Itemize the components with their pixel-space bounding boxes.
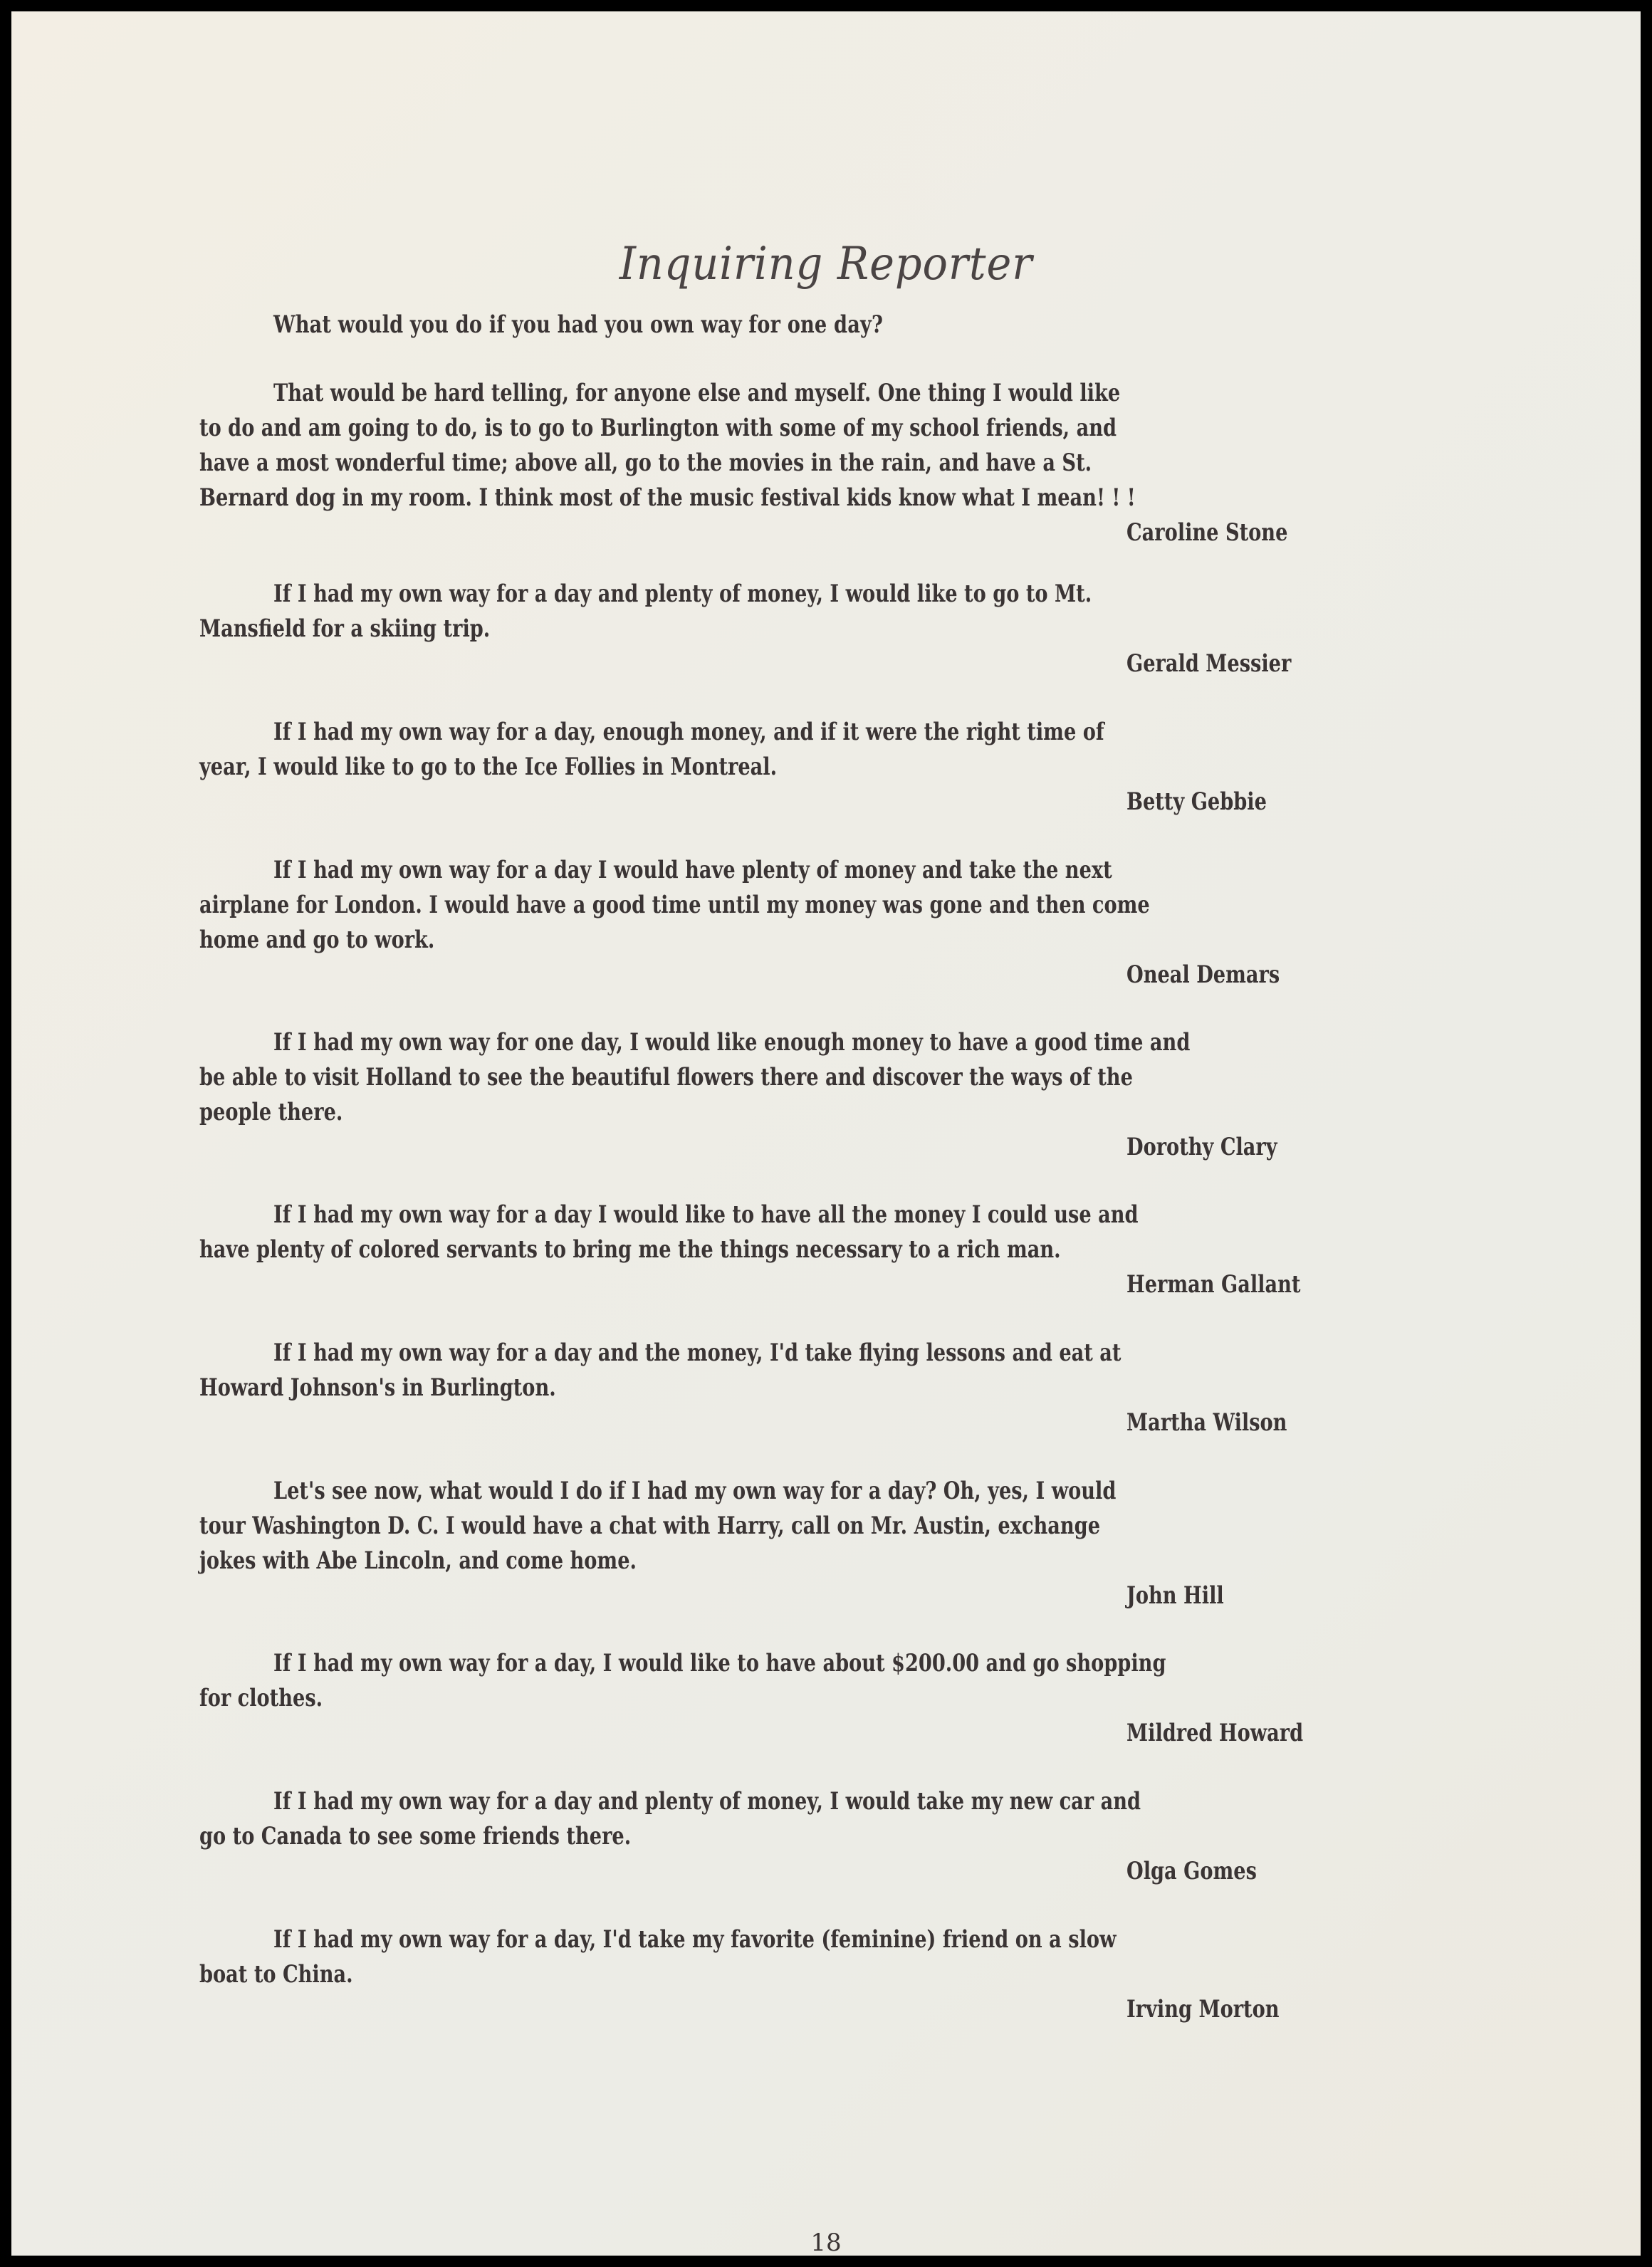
response-line: airplane for London. I would have a good…	[199, 888, 1150, 923]
response-line: If I had my own way for one day, I would…	[273, 1025, 1190, 1060]
response-author: Mildred Howard	[1126, 1716, 1303, 1751]
response-author: Dorothy Clary	[1126, 1130, 1277, 1165]
response-line: tour Washington D. C. I would have a cha…	[199, 1509, 1100, 1544]
response-line: year, I would like to go to the Ice Foll…	[199, 750, 777, 785]
document-page: Inquiring Reporter What would you do if …	[11, 11, 1641, 2256]
response-line: If I had my own way for a day and the mo…	[273, 1336, 1121, 1371]
response-line: Let's see now, what would I do if I had …	[273, 1474, 1116, 1509]
response-line: Mansfield for a skiing trip.	[199, 612, 490, 646]
response-line: If I had my own way for a day I would li…	[273, 1198, 1139, 1232]
response-line: people there.	[199, 1095, 343, 1130]
response-author: Gerald Messier	[1126, 646, 1291, 681]
response-author: Irving Morton	[1126, 1992, 1280, 2027]
page-number: 18	[11, 2229, 1641, 2257]
response-line: Bernard dog in my room. I think most of …	[199, 481, 1136, 515]
response-line: have a most wonderful time; above all, g…	[199, 446, 1092, 481]
page-title: Inquiring Reporter	[77, 238, 1576, 290]
response-line: to do and am going to do, is to go to Bu…	[199, 411, 1117, 446]
response-line: go to Canada to see some friends there.	[199, 1819, 631, 1854]
response-line: boat to China.	[199, 1957, 353, 1992]
response-line: That would be hard telling, for anyone e…	[273, 376, 1120, 411]
response-line: Howard Johnson's in Burlington.	[199, 1371, 556, 1405]
response-line: If I had my own way for a day and plenty…	[273, 1784, 1141, 1819]
response-author: Betty Gebbie	[1126, 785, 1267, 820]
response-line: have plenty of colored servants to bring…	[199, 1232, 1061, 1267]
response-line: for clothes.	[199, 1681, 323, 1716]
response-line: If I had my own way for a day, I would l…	[273, 1646, 1166, 1681]
response-line: jokes with Abe Lincoln, and come home.	[199, 1544, 637, 1578]
response-line: be able to visit Holland to see the beau…	[199, 1060, 1133, 1095]
response-author: Martha Wilson	[1126, 1405, 1287, 1440]
response-author: Olga Gomes	[1126, 1854, 1257, 1889]
response-author: Caroline Stone	[1126, 515, 1287, 550]
response-line: If I had my own way for a day, enough mo…	[273, 715, 1104, 750]
response-line: home and go to work.	[199, 923, 434, 958]
response-author: John Hill	[1126, 1578, 1224, 1613]
response-author: Oneal Demars	[1126, 958, 1280, 993]
response-line: If I had my own way for a day, I'd take …	[273, 1922, 1116, 1957]
response-author: Herman Gallant	[1126, 1267, 1300, 1302]
survey-question: What would you do if you had you own way…	[273, 308, 883, 342]
response-line: If I had my own way for a day I would ha…	[273, 853, 1112, 888]
response-line: If I had my own way for a day and plenty…	[273, 577, 1092, 612]
